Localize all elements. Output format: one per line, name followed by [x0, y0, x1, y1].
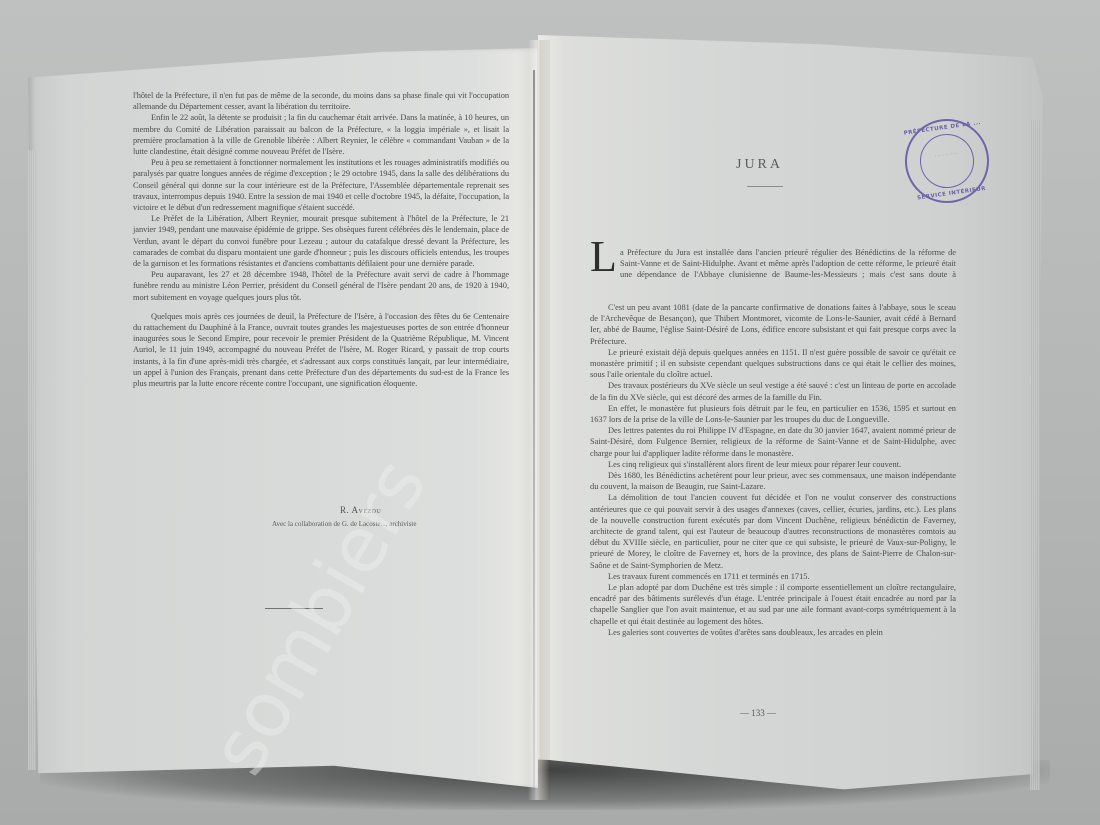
watermark-text: sombiers [193, 444, 444, 789]
watermark-layer: sombiers [0, 0, 1100, 825]
